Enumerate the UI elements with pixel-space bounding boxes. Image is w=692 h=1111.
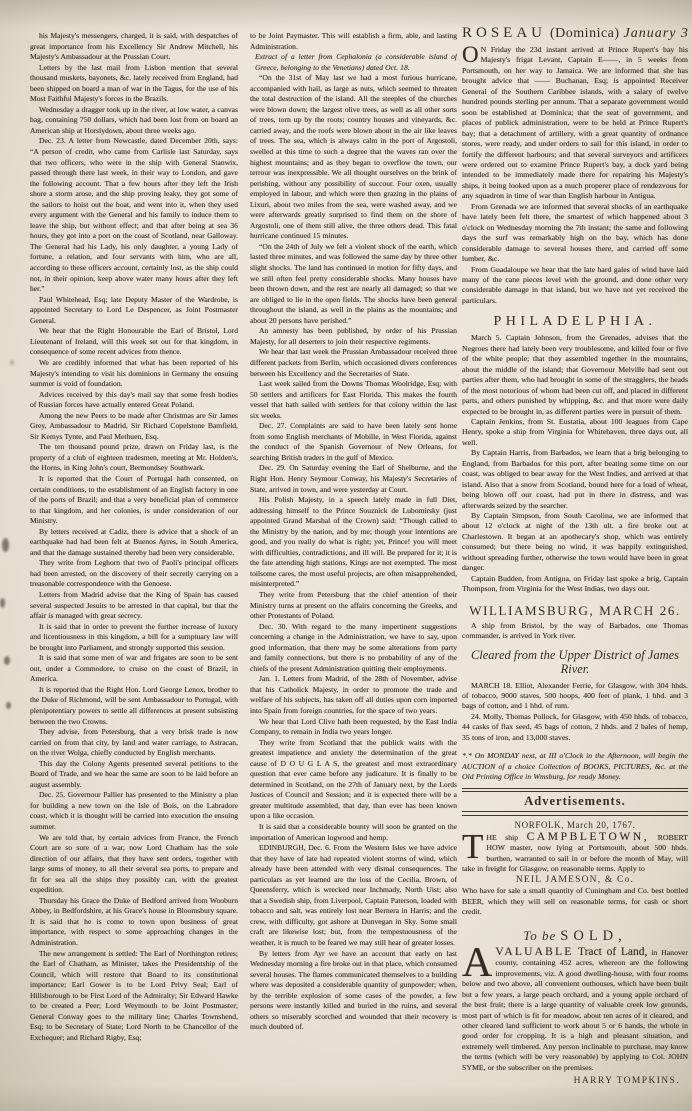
williamsburg-heading: WILLIAMSBURG, MARCH 26. [462, 603, 688, 619]
ink-smudge [4, 656, 10, 665]
news-paragraph: Paul Whitehead, Esq; late Deputy Master … [30, 295, 238, 327]
news-paragraph: We are credibly informed that what has b… [30, 358, 238, 390]
news-paragraph: It is reported that the Right Hon. Lord … [30, 685, 238, 727]
divider-rule [462, 811, 688, 816]
roseau-heading: ROSEAU (Dominica) January 31. [462, 24, 688, 42]
land-sale-ad: AVALUABLE Tract of Land, in Hanover coun… [462, 947, 688, 1073]
ship-name: CAMPBLETOWN, [527, 831, 650, 843]
news-paragraph: We hear that Lord Clive hath been reques… [250, 717, 457, 738]
advertisements-header: Advertisements. [462, 794, 688, 809]
cleared-entries: MARCH 18. Elliot, Alexander Ferrie, for … [462, 681, 688, 744]
news-paragraph: His Polish Majesty, in a speech lately m… [250, 495, 457, 590]
news-paragraph: Dec. 27. Complaints are said to have bee… [250, 421, 457, 463]
campbletown-ad: THE ship CAMPBLETOWN, ROBERT HOW master,… [462, 832, 688, 875]
section-roseau: ROSEAU (Dominica) January 31. ON Friday … [462, 24, 688, 306]
news-paragraph: By letters received at Cadiz, there is a… [30, 527, 238, 559]
news-paragraph: From Grenada we are informed that severa… [462, 202, 688, 265]
drop-cap: A [462, 947, 495, 979]
sold-heading-caps: SOLD, [560, 928, 627, 944]
news-paragraph: By Captain Simpson, from South Carolina,… [462, 511, 688, 574]
news-paragraph: It is said that a considerable bounty wi… [250, 822, 457, 843]
news-paragraph: By Captain Harris, from Barbados, we lea… [462, 448, 688, 511]
news-paragraph: Dec. 29. On Saturday evening the Earl of… [250, 463, 457, 495]
newspaper-page: his Majesty's messengers, charged, it is… [0, 0, 692, 1111]
clearance-entry: 24. Molly, Thomas Pollock, for Glasgow, … [462, 712, 688, 743]
news-paragraph: EDINBURGH, Dec. 6. From the Western Isle… [250, 843, 457, 948]
sold-heading-italic: To be [523, 928, 556, 943]
news-paragraph: They advise, from Petersburg, that a ver… [30, 727, 238, 759]
news-paragraph: Captain Budden, from Antigua, on Friday … [462, 574, 688, 595]
news-paragraph: Jan. 1. Letters from Madrid, of the 28th… [250, 674, 457, 716]
news-paragraph: Dec. 30. With regard to the many imperti… [250, 622, 457, 675]
news-paragraph: “On the 31st of May last we had a most f… [250, 73, 457, 242]
roseau-city-label: ROSEAU [462, 25, 546, 41]
section-philadelphia: PHILADELPHIA. March 5. Captain Johnson, … [462, 314, 688, 594]
london-news-paragraphs: his Majesty's messengers, charged, it is… [30, 31, 238, 1044]
news-paragraph: his Majesty's messengers, charged, it is… [30, 31, 238, 63]
news-paragraph: Last week sailed from the Downs Thomas W… [250, 379, 457, 421]
ad-body-text: in Hanover county, containing 452 acres,… [462, 948, 688, 1072]
section-cleared: Cleared from the Upper District of James… [462, 648, 688, 783]
news-paragraph: Captain Jenkins, from St. Eustatia, abou… [462, 417, 688, 448]
to-be-sold-heading: To be SOLD, [462, 927, 688, 945]
news-paragraph: Among the new Peers to be made after Chr… [30, 411, 238, 443]
clearance-entry: MARCH 18. Elliot, Alexander Ferrie, for … [462, 681, 688, 712]
roseau-opening-paragraph: ON Friday the 23d instant arrived at Pri… [462, 45, 688, 202]
news-paragraph: A ship from Bristol, by the way of Barba… [462, 621, 688, 642]
news-paragraph: Dec. 23. A letter from Newcastle, dated … [30, 136, 238, 294]
paragraph-text: N Friday the 23d instant arrived at Prin… [462, 45, 688, 200]
news-paragraph: Extract of a letter from Cephalonia (a c… [250, 52, 457, 73]
divider-rule [462, 788, 688, 793]
news-paragraph: Thursday his Grace the Duke of Bedford a… [30, 896, 238, 949]
agent-name: NEIL JAMESON, & Co. [462, 875, 688, 885]
section-advertisements: Advertisements. NORFOLK, March 20, 1767.… [462, 788, 688, 1087]
section-williamsburg: WILLIAMSBURG, MARCH 26. A ship from Bris… [462, 603, 688, 642]
news-paragraph: Letters from Madrid advise that the King… [30, 590, 238, 622]
news-paragraph: March 5. Captain Johnson, from the Grena… [462, 333, 688, 417]
roseau-paragraphs: From Grenada we are informed that severa… [462, 202, 688, 307]
news-paragraph: Dec. 25. Governour Pallier has presented… [30, 790, 238, 832]
drop-cap: T [462, 832, 486, 860]
news-paragraph: We are told that, by certain advices fro… [30, 833, 238, 896]
ink-smudge [0, 598, 5, 608]
news-paragraph: It is said that in order to prevent the … [30, 622, 238, 654]
beer-note: Who have for sale a small quantity of Cu… [462, 886, 688, 917]
news-paragraph: They write from Leghorn that two of Paol… [30, 558, 238, 590]
ad-lead-text: HE ship [486, 833, 526, 842]
drop-cap: O [462, 45, 481, 64]
news-paragraph: By letters from Ayr we have an account t… [250, 949, 457, 1033]
news-paragraph: It is said that some men of war and frig… [30, 653, 238, 685]
news-paragraph: We hear that the Right Honourable the Ea… [30, 326, 238, 358]
news-paragraph: From Guadaloupe we hear that the late ha… [462, 265, 688, 307]
cleared-heading: Cleared from the Upper District of James… [468, 648, 682, 677]
news-paragraph: Wednesday a dragger took up in the river… [30, 105, 238, 137]
ink-smudge [2, 538, 9, 552]
news-paragraph: We hear that last week the Prussian Amba… [250, 347, 457, 379]
news-paragraph: The new arrangement is settled: The Earl… [30, 949, 238, 1044]
ink-smudge [10, 360, 14, 365]
ad-lead-rest: Tract of Land, [573, 946, 647, 958]
news-paragraph: Advices received by this day's mail say … [30, 390, 238, 411]
auction-notice: *.* On MONDAY next, at III o'Clock in th… [462, 751, 688, 782]
news-paragraph: The ten thousand pound prize, drawn on F… [30, 442, 238, 474]
column-left: his Majesty's messengers, charged, it is… [30, 31, 238, 1085]
philadelphia-heading: PHILADELPHIA. [462, 314, 688, 330]
advertiser-signature: HARRY TOMPKINS. [462, 1076, 688, 1086]
foreign-news-paragraphs: to be Joint Paymaster. This will establi… [250, 31, 457, 1033]
column-right: ROSEAU (Dominica) January 31. ON Friday … [462, 24, 688, 1094]
norfolk-dateline: NORFOLK, March 20, 1767. [462, 820, 688, 830]
roseau-date-label: January 31. [624, 26, 688, 41]
roseau-place-label: (Dominica) [550, 26, 620, 41]
news-paragraph: It is reported that the Court of Portuga… [30, 474, 238, 527]
news-paragraph: “On the 24th of July we felt a violent s… [250, 242, 457, 326]
column-middle: to be Joint Paymaster. This will establi… [250, 31, 457, 1085]
news-paragraph: to be Joint Paymaster. This will establi… [250, 31, 457, 52]
philadelphia-paragraphs: March 5. Captain Johnson, from the Grena… [462, 333, 688, 594]
news-paragraph: Letters by the last mail from Lisbon men… [30, 63, 238, 105]
ink-smudge [6, 702, 11, 709]
ad-lead-caps: VALUABLE [495, 946, 573, 958]
news-paragraph: An amnesty has been published, by order … [250, 326, 457, 347]
news-paragraph: This day the Colony Agents presented sev… [30, 759, 238, 791]
news-paragraph: They write from Petersburg that the chie… [250, 590, 457, 622]
williamsburg-paragraphs: A ship from Bristol, by the way of Barba… [462, 621, 688, 642]
news-paragraph: They write from Scotland that the public… [250, 738, 457, 822]
